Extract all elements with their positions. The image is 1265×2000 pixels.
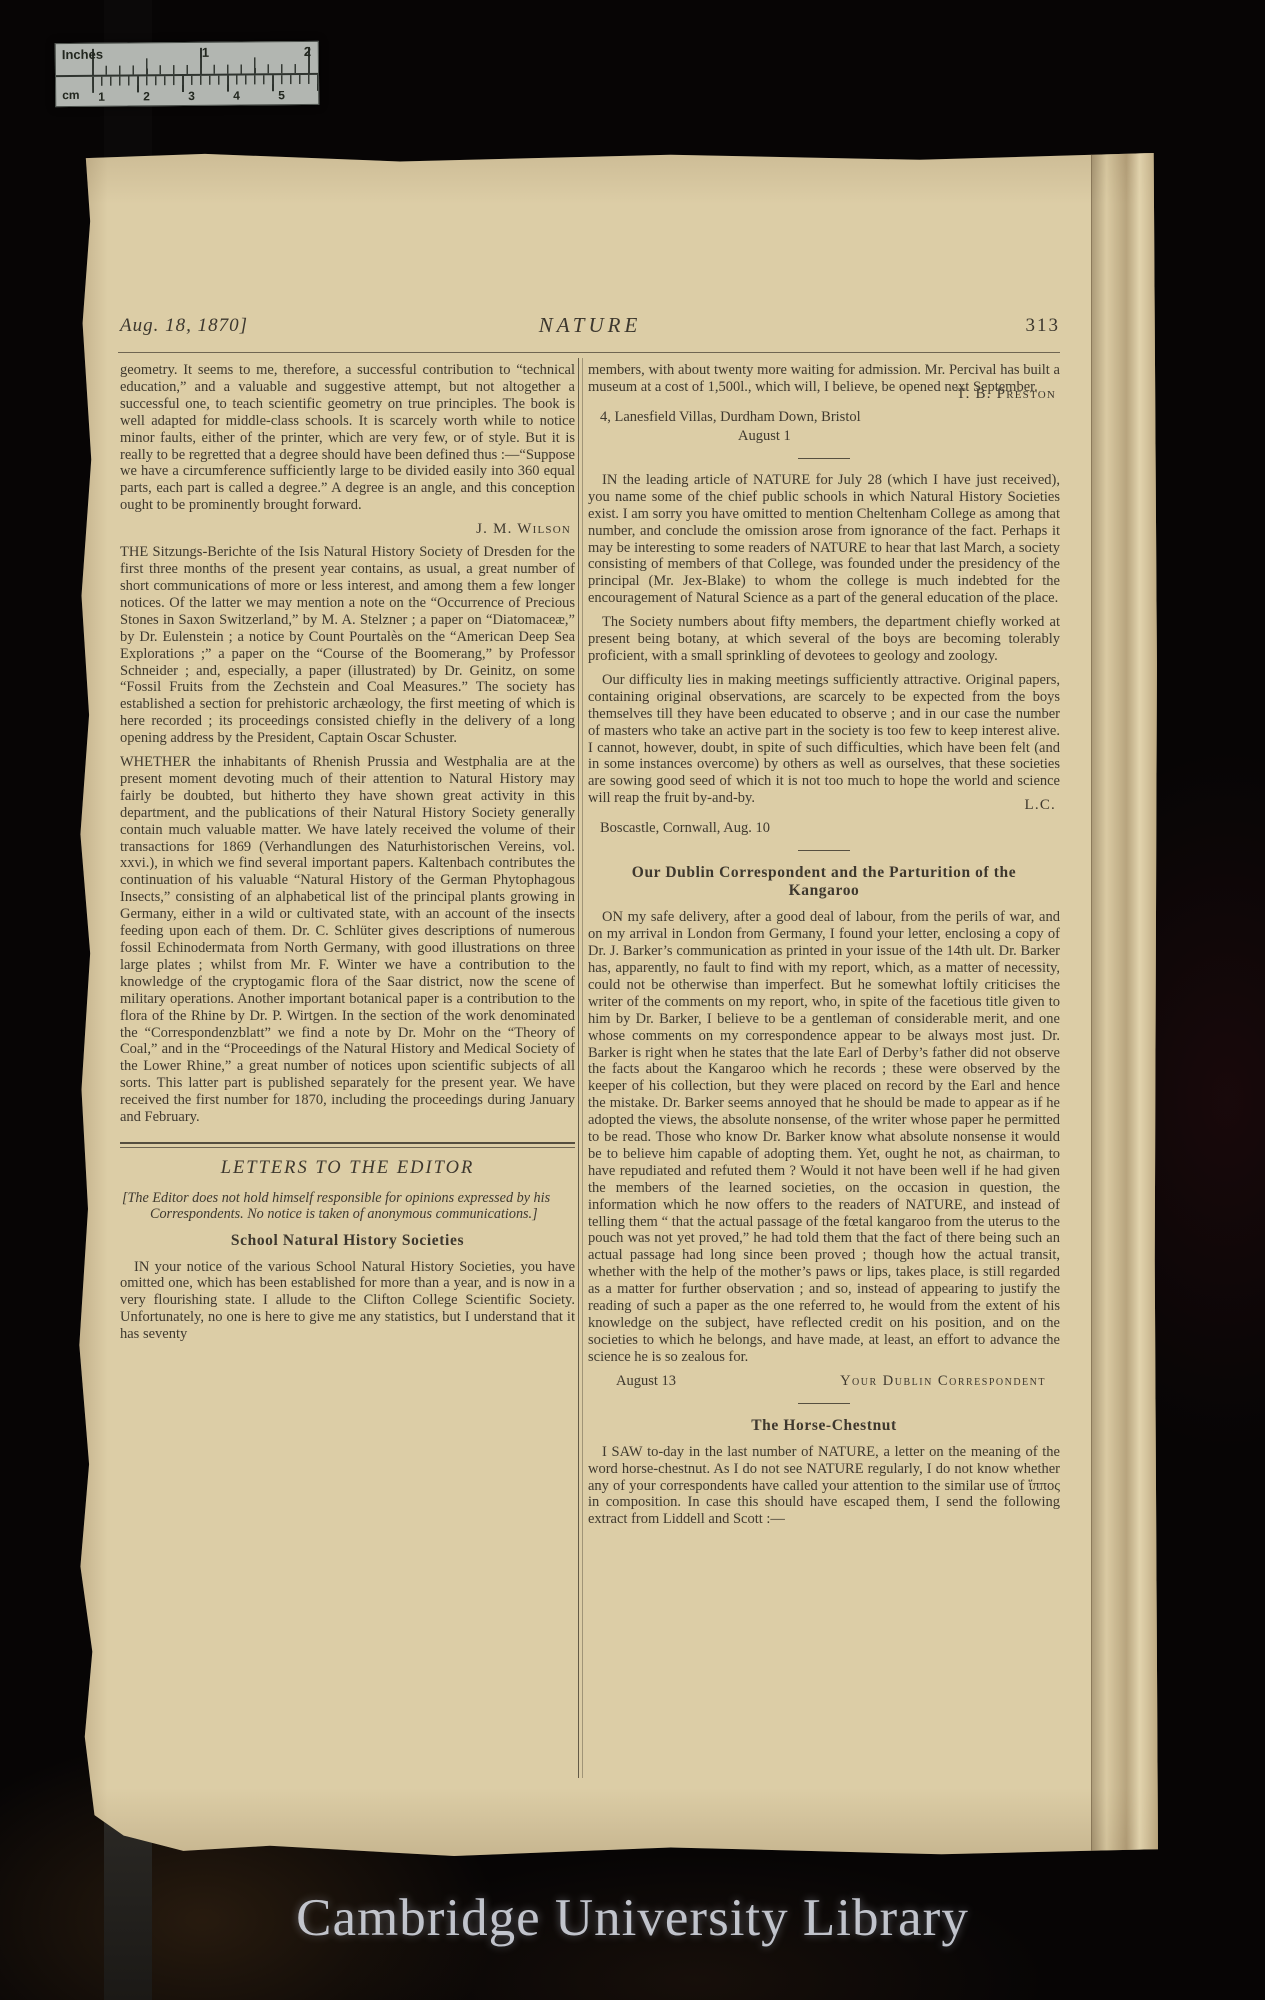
letter-address: 4, Lanesfield Villas, Durdham Down, Bris… (588, 409, 1060, 426)
ruler-inches-label: Inches (62, 47, 103, 62)
letter-paragraph: IN the leading article of NATURE for Jul… (588, 472, 1060, 607)
left-column: geometry. It seems to me, therefore, a s… (120, 362, 575, 1350)
ruler-inches-scale: Inches 1 2 (56, 42, 318, 77)
page-number: 313 (1026, 315, 1061, 337)
letter-footer: August 13 Your Dublin Correspondent (588, 1373, 1060, 1390)
article-paragraph: geometry. It seems to me, therefore, a s… (120, 362, 575, 514)
ruler-cm-number: 2 (143, 89, 150, 103)
letter-title: The Horse-Chestnut (588, 1417, 1060, 1435)
journal-title: NATURE (120, 313, 1060, 338)
letters-section-title: LETTERS TO THE EDITOR (120, 1158, 575, 1179)
letter-paragraph: ON my safe delivery, after a good deal o… (588, 909, 1060, 1365)
letter-date: August 1 (588, 428, 1060, 445)
masthead-rule (118, 352, 1060, 353)
letter-title: Our Dublin Correspondent and the Parturi… (609, 864, 1039, 900)
ruler-cm-number: 4 (233, 89, 240, 103)
letter-title: School Natural History Societies (120, 1232, 575, 1250)
masthead: Aug. 18, 1870] NATURE 313 (120, 313, 1060, 343)
letter-address: Boscastle, Cornwall, Aug. 10 (588, 820, 1060, 837)
letter-paragraph: I SAW to-day in the last number of NATUR… (588, 1444, 1060, 1529)
page-fold-edge (1091, 153, 1158, 1856)
letter-divider-rule (798, 458, 850, 459)
ruler-cm-scale: cm 1 2 3 4 5 (56, 75, 318, 106)
journal-page: Aug. 18, 1870] NATURE 313 geometry. It s… (75, 153, 1158, 1856)
letter-divider-rule (798, 1403, 850, 1404)
ruler-inch-number: 2 (304, 44, 311, 59)
letter-paragraph: The Society numbers about fifty members,… (588, 614, 1060, 665)
ruler-cm-number: 5 (278, 88, 285, 102)
editor-notice: [The Editor does not hold himself respon… (120, 1190, 575, 1223)
letter-paragraph: Our difficulty lies in making meetings s… (588, 672, 1060, 807)
signature: Your Dublin Correspondent (840, 1373, 1060, 1390)
library-watermark: Cambridge University Library (0, 1888, 1265, 1948)
article-paragraph: THE Sitzungs-Berichte of the Isis Natura… (120, 544, 575, 747)
section-double-rule (120, 1142, 575, 1148)
ruler-cm-number: 3 (188, 89, 195, 103)
measurement-ruler: Inches 1 2 cm 1 2 3 4 5 (55, 41, 320, 107)
article-paragraph: WHETHER the inhabitants of Rhenish Pruss… (120, 754, 575, 1126)
ruler-cm-number: 1 (98, 90, 105, 104)
signature: J. M. Wilson (120, 521, 571, 538)
letter-divider-rule (798, 850, 850, 851)
ruler-inch-number: 1 (202, 45, 209, 60)
ruler-cm-label: cm (62, 88, 79, 102)
right-column: members, with about twenty more waiting … (588, 362, 1060, 1535)
scanned-photo-background: Inches 1 2 cm 1 2 3 4 5 Aug. 18, 1870] N… (0, 0, 1265, 2000)
column-divider-rule (578, 358, 583, 1778)
letter-date: August 13 (616, 1373, 676, 1390)
letter-paragraph: IN your notice of the various School Nat… (120, 1259, 575, 1344)
